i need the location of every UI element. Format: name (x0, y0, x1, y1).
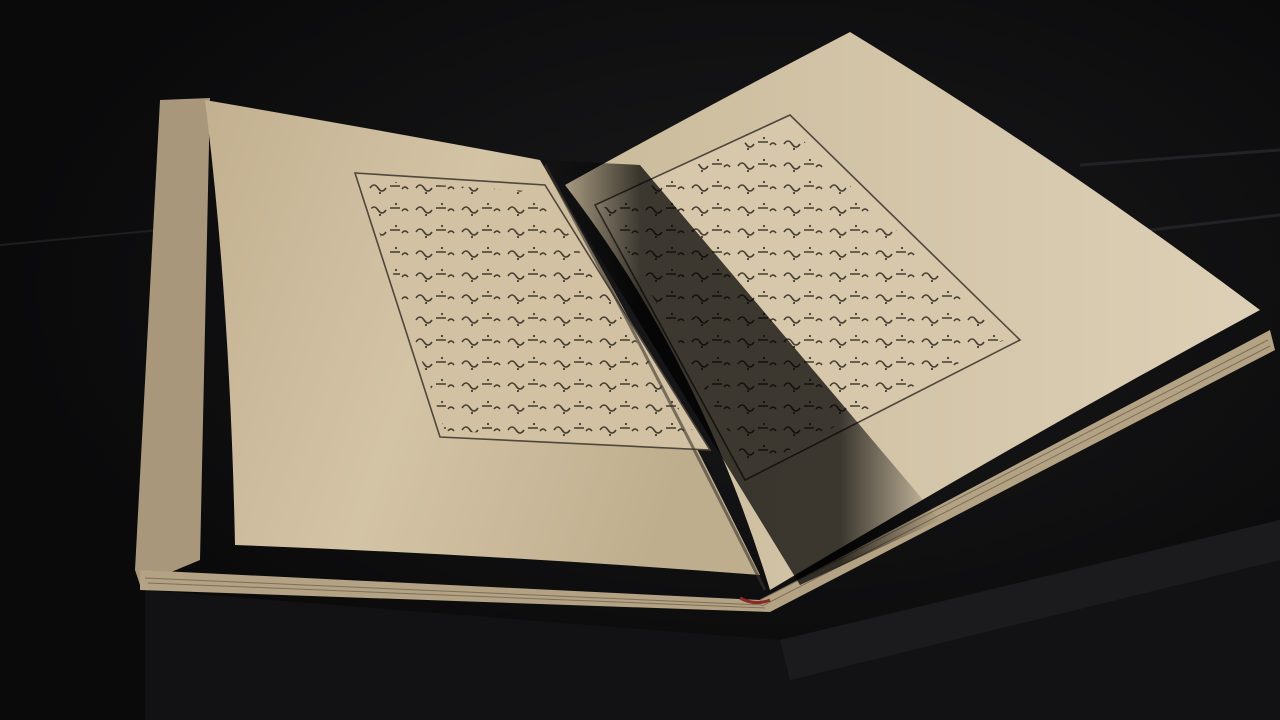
photo-scene (0, 0, 1280, 720)
manuscript-illustration (0, 0, 1280, 720)
